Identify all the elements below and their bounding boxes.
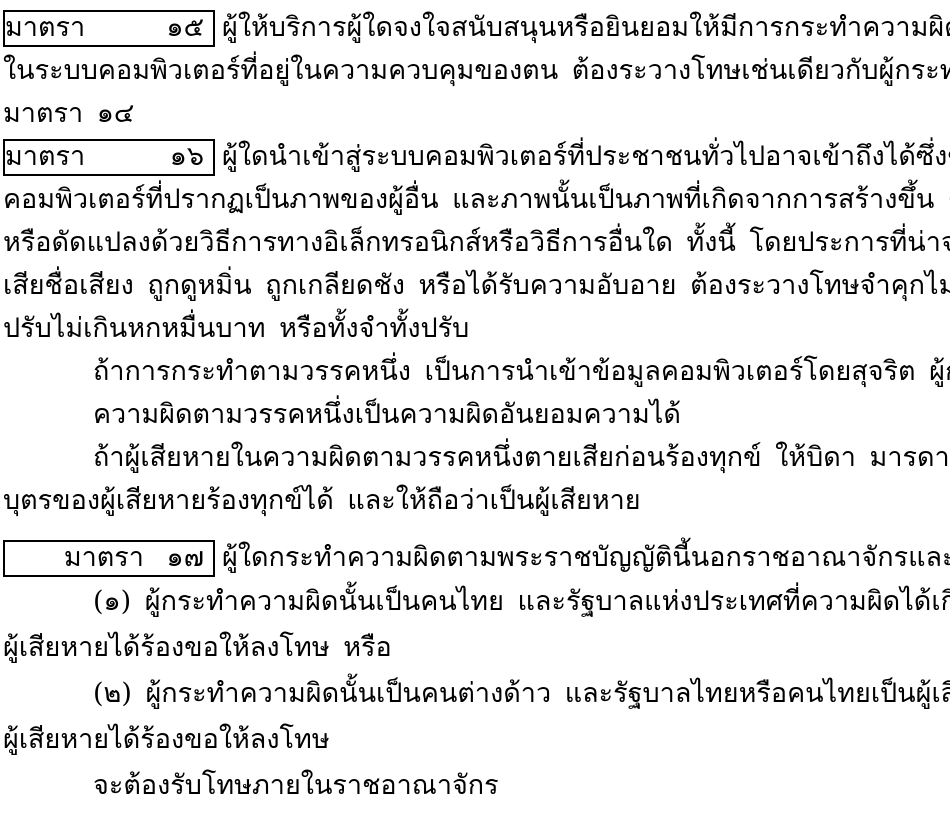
paragraph-16-4: ถ้าผู้เสียหายในความผิดตามวรรคหนึ่งตายเสี… [3,436,946,522]
section-16-label: มาตรา ๑๖ [5,141,204,172]
text-run: ผู้ใดกระทำความผิดตามพระราชบัญญัตินี้นอกร… [222,542,950,573]
section-15-label: มาตรา ๑๕ [5,12,204,43]
paragraph-17-item-2: (๒) ผู้กระทำความผิดนั้นเป็นคนต่างด้าว แล… [3,671,946,763]
text-line: ถ้าการกระทำตามวรรคหนึ่ง เป็นการนำเข้าข้อ… [3,350,946,393]
section-17-box: มาตรา ๑๗ [3,540,215,577]
text-line: ในระบบคอมพิวเตอร์ที่อยู่ในความควบคุมของต… [3,49,946,92]
section-15-box: มาตรา ๑๕ [3,10,215,47]
section-16-box: มาตรา ๑๖ [3,139,215,176]
paragraph-16-3: ความผิดตามวรรคหนึ่งเป็นความผิดอันยอมความ… [3,393,946,436]
text-line: (๒) ผู้กระทำความผิดนั้นเป็นคนต่างด้าว แล… [3,671,946,717]
text-line: ความผิดตามวรรคหนึ่งเป็นความผิดอันยอมความ… [3,393,946,436]
paragraph-16-2: ถ้าการกระทำตามวรรคหนึ่ง เป็นการนำเข้าข้อ… [3,350,946,393]
text-line: มาตรา ๑๔ [3,92,946,135]
paragraph-17-closing: จะต้องรับโทษภายในราชอาณาจักร [3,763,946,809]
text-run: ผู้ใดนำเข้าสู่ระบบคอมพิวเตอร์ที่ประชาชนท… [222,141,950,172]
text-line: จะต้องรับโทษภายในราชอาณาจักร [3,763,946,809]
paragraph-section-16: มาตรา ๑๖ผู้ใดนำเข้าสู่ระบบคอมพิวเตอร์ที่… [3,135,946,350]
text-line: (๑) ผู้กระทำความผิดนั้นเป็นคนไทย และรัฐบ… [3,579,946,625]
text-line: บุตรของผู้เสียหายร้องทุกข์ได้ และให้ถือว… [3,479,946,522]
text-line: คอมพิวเตอร์ที่ปรากฏเป็นภาพของผู้อื่น และ… [3,178,946,221]
paragraph-section-17: มาตรา ๑๗ผู้ใดกระทำความผิดตามพระราชบัญญัต… [3,536,946,579]
text-run: ผู้ให้บริการผู้ใดจงใจสนับสนุนหรือยินยอมใ… [222,12,950,43]
text-line: ปรับไม่เกินหกหมื่นบาท หรือทั้งจำทั้งปรับ [3,307,946,350]
text-line: มาตรา ๑๕ผู้ให้บริการผู้ใดจงใจสนับสนุนหรื… [3,6,946,49]
section-17-label: มาตรา ๑๗ [64,542,204,573]
text-line: เสียชื่อเสียง ถูกดูหมิ่น ถูกเกลียดชัง หร… [3,264,946,307]
paragraph-17-item-1: (๑) ผู้กระทำความผิดนั้นเป็นคนไทย และรัฐบ… [3,579,946,671]
paragraph-section-15: มาตรา ๑๕ผู้ให้บริการผู้ใดจงใจสนับสนุนหรื… [3,6,946,135]
text-line: ถ้าผู้เสียหายในความผิดตามวรรคหนึ่งตายเสี… [3,436,946,479]
text-line: หรือดัดแปลงด้วยวิธีการทางอิเล็กทรอนิกส์ห… [3,221,946,264]
text-line: ผู้เสียหายได้ร้องขอให้ลงโทษ [3,717,946,763]
text-line: มาตรา ๑๗ผู้ใดกระทำความผิดตามพระราชบัญญัต… [3,536,946,579]
document-page: มาตรา ๑๕ผู้ให้บริการผู้ใดจงใจสนับสนุนหรื… [0,0,950,818]
text-line: ผู้เสียหายได้ร้องขอให้ลงโทษ หรือ [3,625,946,671]
text-line: มาตรา ๑๖ผู้ใดนำเข้าสู่ระบบคอมพิวเตอร์ที่… [3,135,946,178]
